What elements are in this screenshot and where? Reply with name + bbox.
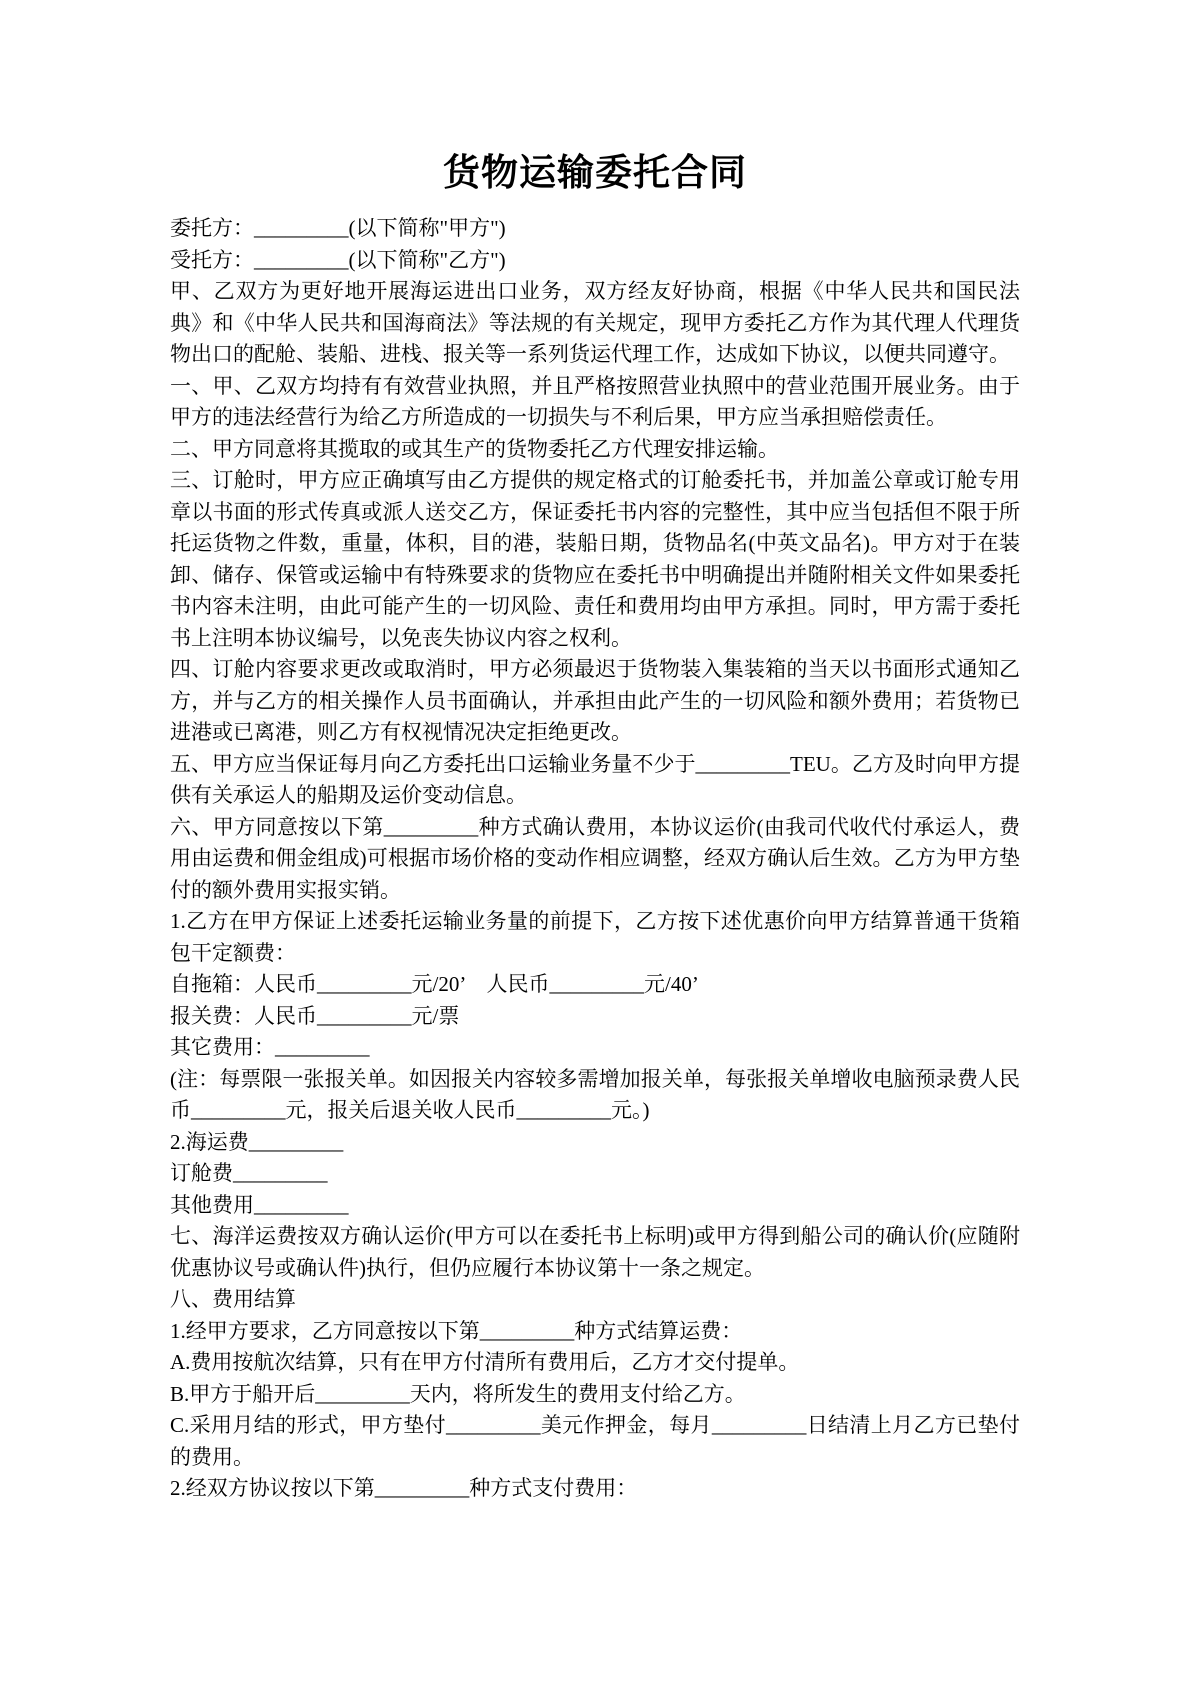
clause-6: 六、甲方同意按以下第_________种方式确认费用，本协议运价(由我司代收代付… bbox=[170, 812, 1020, 907]
clause-8-option-b: B.甲方于船开后_________天内，将所发生的费用支付给乙方。 bbox=[170, 1379, 1020, 1411]
fee-line-trailer-container: 自拖箱：人民币_________元/20’ 人民币_________元/40’ bbox=[170, 969, 1020, 1001]
contract-page: 货物运输委托合同 委托方：_________(以下简称"甲方") 受托方：___… bbox=[0, 0, 1190, 1683]
fee-line-ocean-freight: 2.海运费_________ bbox=[170, 1127, 1020, 1159]
clause-1: 一、甲、乙双方均持有有效营业执照，并且严格按照营业执照中的营业范围开展业务。由于… bbox=[170, 371, 1020, 434]
fee-line-other-2: 其他费用_________ bbox=[170, 1190, 1020, 1222]
fee-line-customs-declaration: 报关费：人民币_________元/票 bbox=[170, 1001, 1020, 1033]
fee-line-other: 其它费用：_________ bbox=[170, 1032, 1020, 1064]
clause-4: 四、订舱内容要求更改或取消时，甲方必须最迟于货物装入集装箱的当天以书面形式通知乙… bbox=[170, 654, 1020, 749]
clause-7: 七、海洋运费按双方确认运价(甲方可以在委托书上标明)或甲方得到船公司的确认价(应… bbox=[170, 1221, 1020, 1284]
entrusted-party-line: 受托方：_________(以下简称"乙方") bbox=[170, 245, 1020, 277]
entrusting-party-line: 委托方：_________(以下简称"甲方") bbox=[170, 213, 1020, 245]
clause-5: 五、甲方应当保证每月向乙方委托出口运输业务量不少于_________TEU。乙方… bbox=[170, 749, 1020, 812]
preamble-paragraph: 甲、乙双方为更好地开展海运进出口业务，双方经友好协商，根据《中华人民共和国民法典… bbox=[170, 276, 1020, 371]
clause-8-heading: 八、费用结算 bbox=[170, 1284, 1020, 1316]
clause-8-option-c: C.采用月结的形式，甲方垫付_________美元作押金，每月_________… bbox=[170, 1410, 1020, 1473]
clause-2: 二、甲方同意将其揽取的或其生产的货物委托乙方代理安排运输。 bbox=[170, 434, 1020, 466]
clause-8-option-a: A.费用按航次结算，只有在甲方付清所有费用后，乙方才交付提单。 bbox=[170, 1347, 1020, 1379]
clause-3: 三、订舱时，甲方应正确填写由乙方提供的规定格式的订舱委托书，并加盖公章或订舱专用… bbox=[170, 465, 1020, 654]
customs-declaration-note: (注：每票限一张报关单。如因报关内容较多需增加报关单，每张报关单增收电脑预录费人… bbox=[170, 1064, 1020, 1127]
fee-line-booking: 订舱费_________ bbox=[170, 1158, 1020, 1190]
clause-6-item-1: 1.乙方在甲方保证上述委托运输业务量的前提下，乙方按下述优惠价向甲方结算普通干货… bbox=[170, 906, 1020, 969]
clause-8-item-1: 1.经甲方要求，乙方同意按以下第_________种方式结算运费： bbox=[170, 1316, 1020, 1348]
clause-8-item-2: 2.经双方协议按以下第_________种方式支付费用： bbox=[170, 1473, 1020, 1505]
contract-title: 货物运输委托合同 bbox=[170, 150, 1020, 198]
